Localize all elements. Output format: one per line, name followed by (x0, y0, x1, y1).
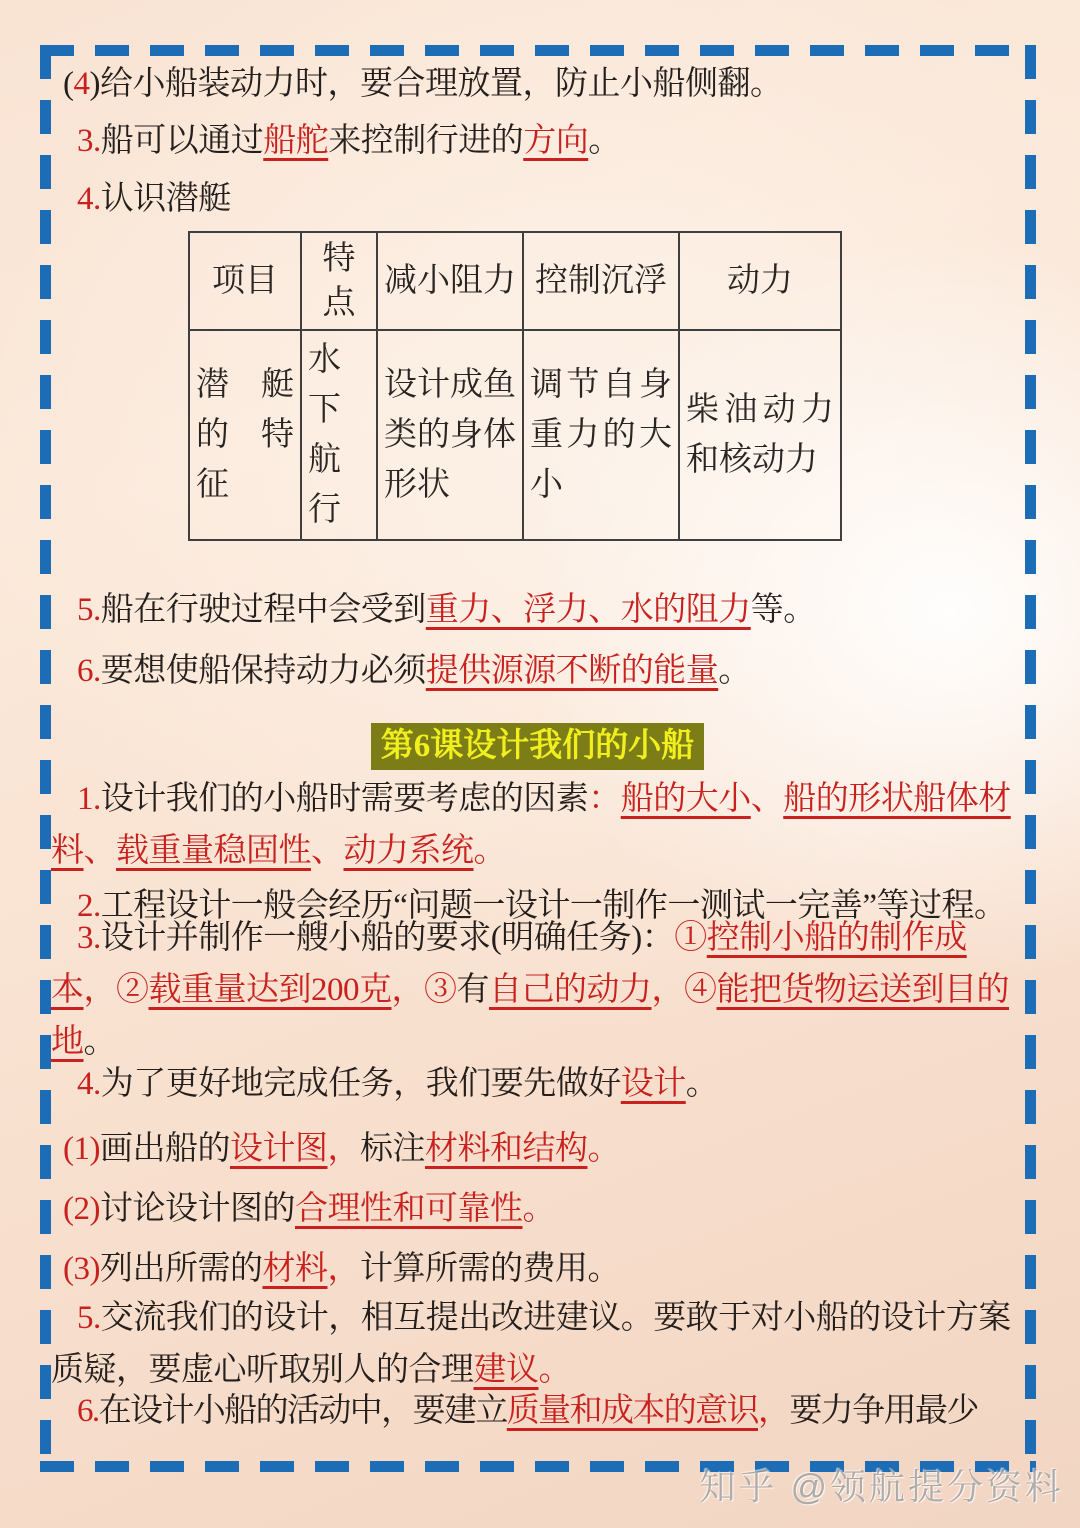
table-row: 潜艇的特征 水下航行 设计成鱼类的身体形状 调节自身重力的大小 柴油动力和核动力 (189, 330, 841, 540)
table-header-feature: 特点 (301, 232, 377, 330)
lesson6-design-first: 4.为了更好地完成任务，我们要先做好设计。 (51, 1058, 1024, 1110)
note-power-placement: (4)给小船装动力时，要合理放置，防止小船侧翻。 (51, 58, 1024, 110)
note-rudder: 3.船可以通过船舵来控制行进的方向。 (51, 115, 1024, 167)
table-header-item: 项目 (189, 232, 301, 330)
lesson6-quality-cost: 6.在设计小船的活动中，要建立质量和成本的意识，要力争用最少 (51, 1385, 1024, 1437)
table-cell-gravity: 调节自身重力的大小 (523, 330, 679, 540)
table-header-row: 项目 特点 减小阻力 控制沉浮 动力 (189, 232, 841, 330)
lesson-6-title: 第6课设计我们的小船 (371, 723, 705, 770)
lesson6-exchange: 5.交流我们的设计，相互提出改进建议。要敢于对小船的设计方案质疑，要虚心听取别人… (51, 1292, 1024, 1396)
lesson6-discuss-plan: (2)讨论设计图的合理性和可靠性。 (51, 1183, 1024, 1235)
note-energy: 6.要想使船保持动力必须提供源源不断的能量。 (51, 645, 1024, 697)
lesson-6-title-row: 第6课设计我们的小船 (51, 723, 1024, 770)
lesson6-factors: 1.设计我们的小船时需要考虑的因素：船的大小、船的形状船体材料、载重量稳固性、动… (51, 773, 1024, 877)
table-header-power: 动力 (679, 232, 841, 330)
lesson6-draw-plan: (1)画出船的设计图，标注材料和结构。 (51, 1123, 1024, 1175)
submarine-table: 项目 特点 减小阻力 控制沉浮 动力 潜艇的特征 水下航行 设计成鱼类的身体形状… (188, 231, 842, 541)
table-cell-subject: 潜艇的特征 (189, 330, 301, 540)
study-notes-page: { "page": { "watermark": "知乎 @领航提分资料" },… (0, 0, 1080, 1528)
table-header-buoyancy: 控制沉浮 (523, 232, 679, 330)
table-cell-diesel: 柴油动力和核动力 (679, 330, 841, 540)
table-header-drag: 减小阻力 (377, 232, 523, 330)
watermark: 知乎 @领航提分资料 (699, 1459, 1064, 1510)
note-forces: 5.船在行驶过程中会受到重力、浮力、水的阻力等。 (51, 584, 1024, 636)
notes-content: (4)给小船装动力时，要合理放置，防止小船侧翻。 3.船可以通过船舵来控制行进的… (51, 56, 1024, 1437)
table-cell-underwater: 水下航行 (301, 330, 377, 540)
lesson6-requirements: 3.设计并制作一艘小船的要求(明确任务)：①控制小船的制作成本，②载重量达到20… (51, 912, 1024, 1068)
table-cell-fish-shape: 设计成鱼类的身体形状 (377, 330, 523, 540)
note-submarine-heading: 4.认识潜艇 (51, 173, 1024, 225)
lesson6-list-materials: (3)列出所需的材料，计算所需的费用。 (51, 1243, 1024, 1295)
